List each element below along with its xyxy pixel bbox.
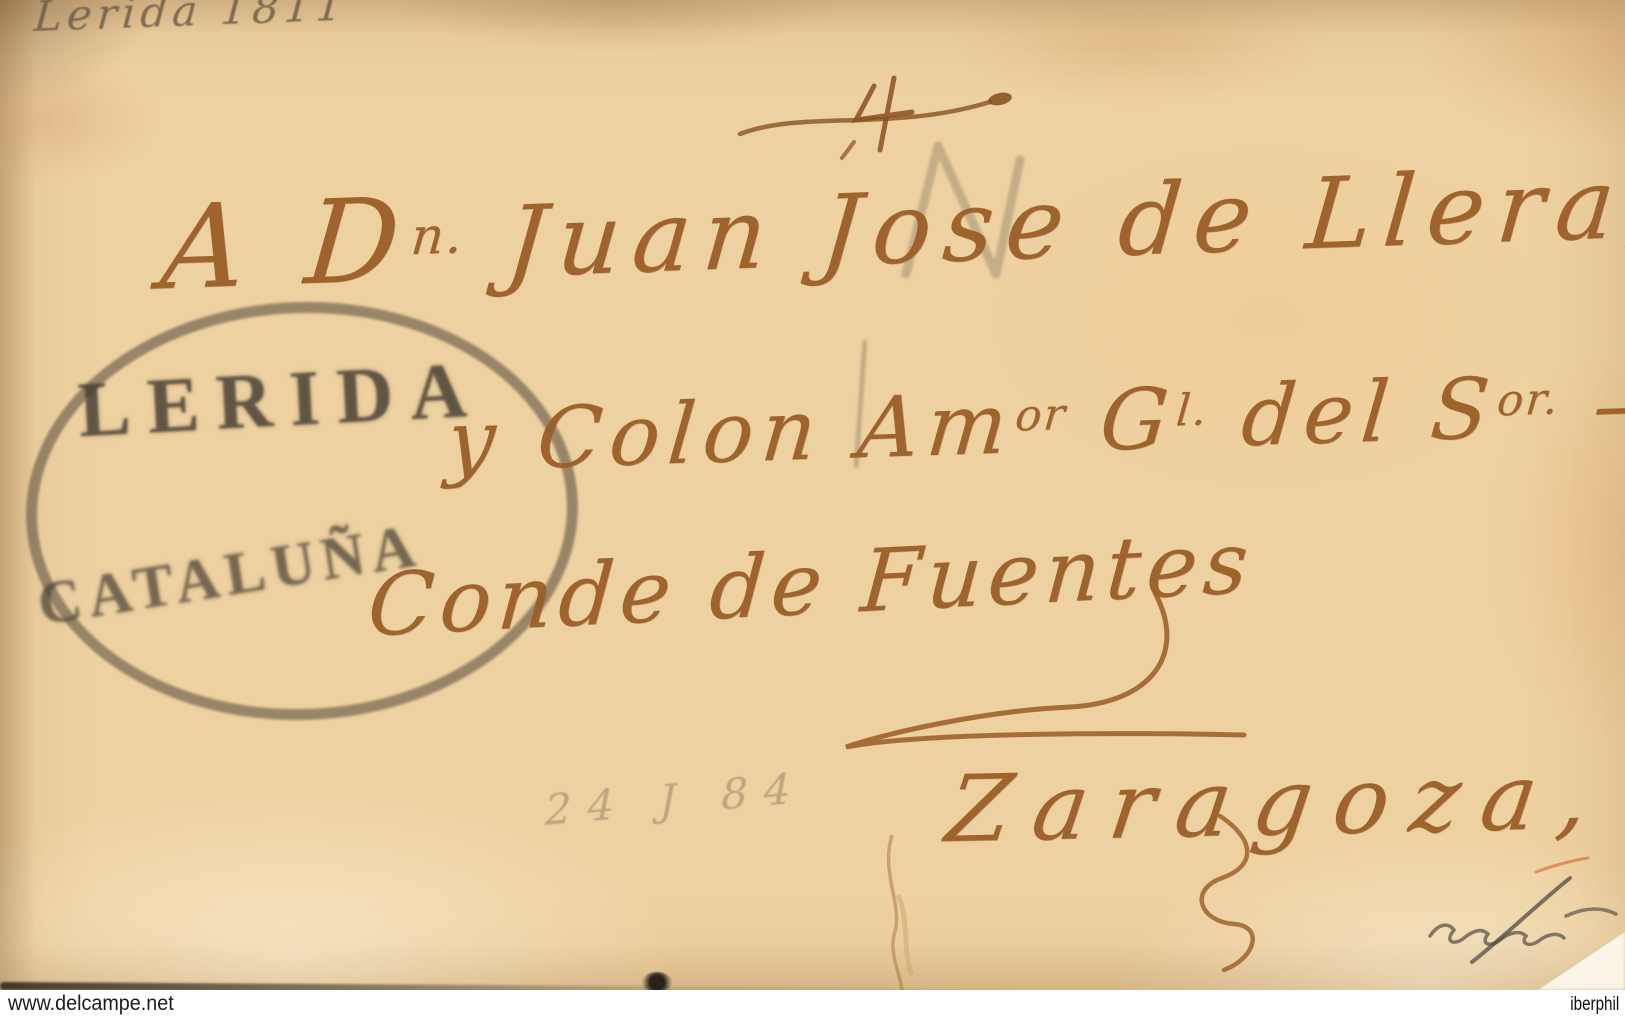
address-line-2-dash: — xyxy=(1554,353,1625,455)
watermark-iberphil: iberphil xyxy=(1570,994,1619,1016)
flourish-descender xyxy=(1160,812,1300,977)
scratch-mark xyxy=(1532,852,1592,877)
postmark-oval: LERIDA CATALUÑA xyxy=(19,292,585,729)
expert-pencil-mark xyxy=(1418,872,1623,967)
watermark-delcampe: www.delcampe.net xyxy=(8,992,174,1016)
address-line-2-part1: y Colon Am xyxy=(443,374,1019,490)
cover-scan: Lerida 1811 LERIDA CATALUÑA A Dn. Juan J… xyxy=(0,0,1625,1017)
address-line-2-part3: del S xyxy=(1203,359,1501,466)
address-line-1-superscript: n. xyxy=(409,206,467,267)
address-line-1-start: A D xyxy=(156,173,417,316)
address-line-2-superscript1: or xyxy=(1013,389,1069,442)
address-line-2-superscript3: or. xyxy=(1495,373,1562,426)
address-line-2-part2: G xyxy=(1061,369,1180,471)
footer-watermark-bar: www.delcampe.net iberphil xyxy=(0,990,1625,1017)
